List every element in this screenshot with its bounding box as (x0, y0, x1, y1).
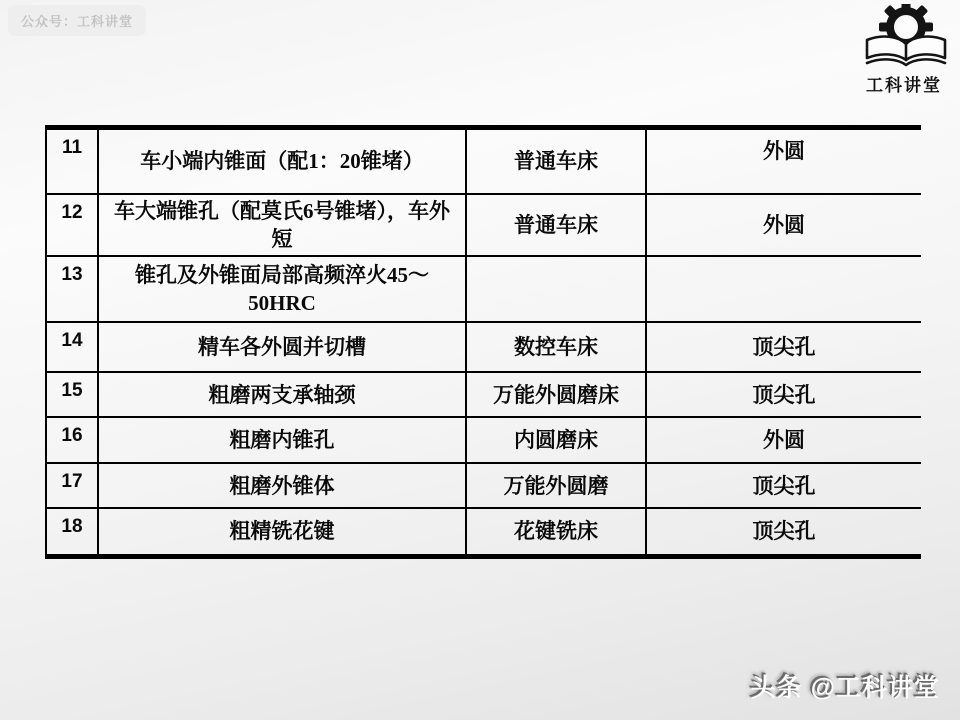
wechat-account-badge: 公众号：工科讲堂 (8, 5, 146, 36)
row-number-cell: 16 (46, 417, 98, 463)
table-row: 15 粗磨两支承轴颈 万能外圆磨床 顶尖孔 (46, 372, 921, 417)
datum-cell: 顶尖孔 (646, 463, 921, 508)
table-row: 12 车大端锥孔（配莫氏6号锥堵），车外短 普通车床 外圆 (46, 194, 921, 257)
watermark: 头条 @工科讲堂 (751, 668, 940, 704)
process-table-wrapper: 11 车小端内锥面（配1：20锥堵） 普通车床 外圆 12 车大端锥孔（配莫氏6… (45, 125, 920, 559)
table-row: 17 粗磨外锥体 万能外圆磨 顶尖孔 (46, 463, 921, 508)
process-cell: 锥孔及外锥面局部高频淬火45～50HRC (98, 256, 466, 322)
row-number-cell: 11 (46, 128, 98, 194)
datum-cell: 顶尖孔 (646, 508, 921, 556)
machine-cell: 普通车床 (466, 128, 646, 194)
process-cell: 粗磨外锥体 (98, 463, 466, 508)
process-table: 11 车小端内锥面（配1：20锥堵） 普通车床 外圆 12 车大端锥孔（配莫氏6… (45, 125, 921, 559)
row-number-cell: 17 (46, 463, 98, 508)
row-number-cell: 14 (46, 322, 98, 372)
logo-label: 工科讲堂 (856, 71, 952, 96)
datum-cell (646, 256, 921, 322)
machine-cell: 花键铣床 (466, 508, 646, 556)
logo: 工科讲堂 (856, 4, 952, 96)
process-cell: 粗精铣花键 (98, 508, 466, 556)
row-number-cell: 13 (46, 256, 98, 322)
datum-cell: 外圆 (646, 194, 921, 257)
machine-cell: 万能外圆磨 (466, 463, 646, 508)
slide: 公众号：工科讲堂 (0, 0, 960, 720)
table-row: 18 粗精铣花键 花键铣床 顶尖孔 (46, 508, 921, 556)
datum-cell: 顶尖孔 (646, 372, 921, 417)
machine-cell: 内圆磨床 (466, 417, 646, 463)
datum-cell: 顶尖孔 (646, 322, 921, 372)
process-cell: 精车各外圆并切槽 (98, 322, 466, 372)
table-row: 16 粗磨内锥孔 内圆磨床 外圆 (46, 417, 921, 463)
table-row: 13 锥孔及外锥面局部高频淬火45～50HRC (46, 256, 921, 322)
machine-cell: 数控车床 (466, 322, 646, 372)
process-cell: 车大端锥孔（配莫氏6号锥堵），车外短 (98, 194, 466, 257)
table-row: 14 精车各外圆并切槽 数控车床 顶尖孔 (46, 322, 921, 372)
datum-cell: 外圆 (646, 128, 921, 194)
table-row: 11 车小端内锥面（配1：20锥堵） 普通车床 外圆 (46, 128, 921, 194)
row-number-cell: 12 (46, 194, 98, 257)
row-number-cell: 18 (46, 508, 98, 556)
machine-cell: 万能外圆磨床 (466, 372, 646, 417)
row-number-cell: 15 (46, 372, 98, 417)
process-cell: 车小端内锥面（配1：20锥堵） (98, 128, 466, 194)
machine-cell (466, 256, 646, 322)
process-cell: 粗磨两支承轴颈 (98, 372, 466, 417)
machine-cell: 普通车床 (466, 194, 646, 257)
gear-book-icon (856, 4, 952, 70)
datum-cell: 外圆 (646, 417, 921, 463)
process-cell: 粗磨内锥孔 (98, 417, 466, 463)
